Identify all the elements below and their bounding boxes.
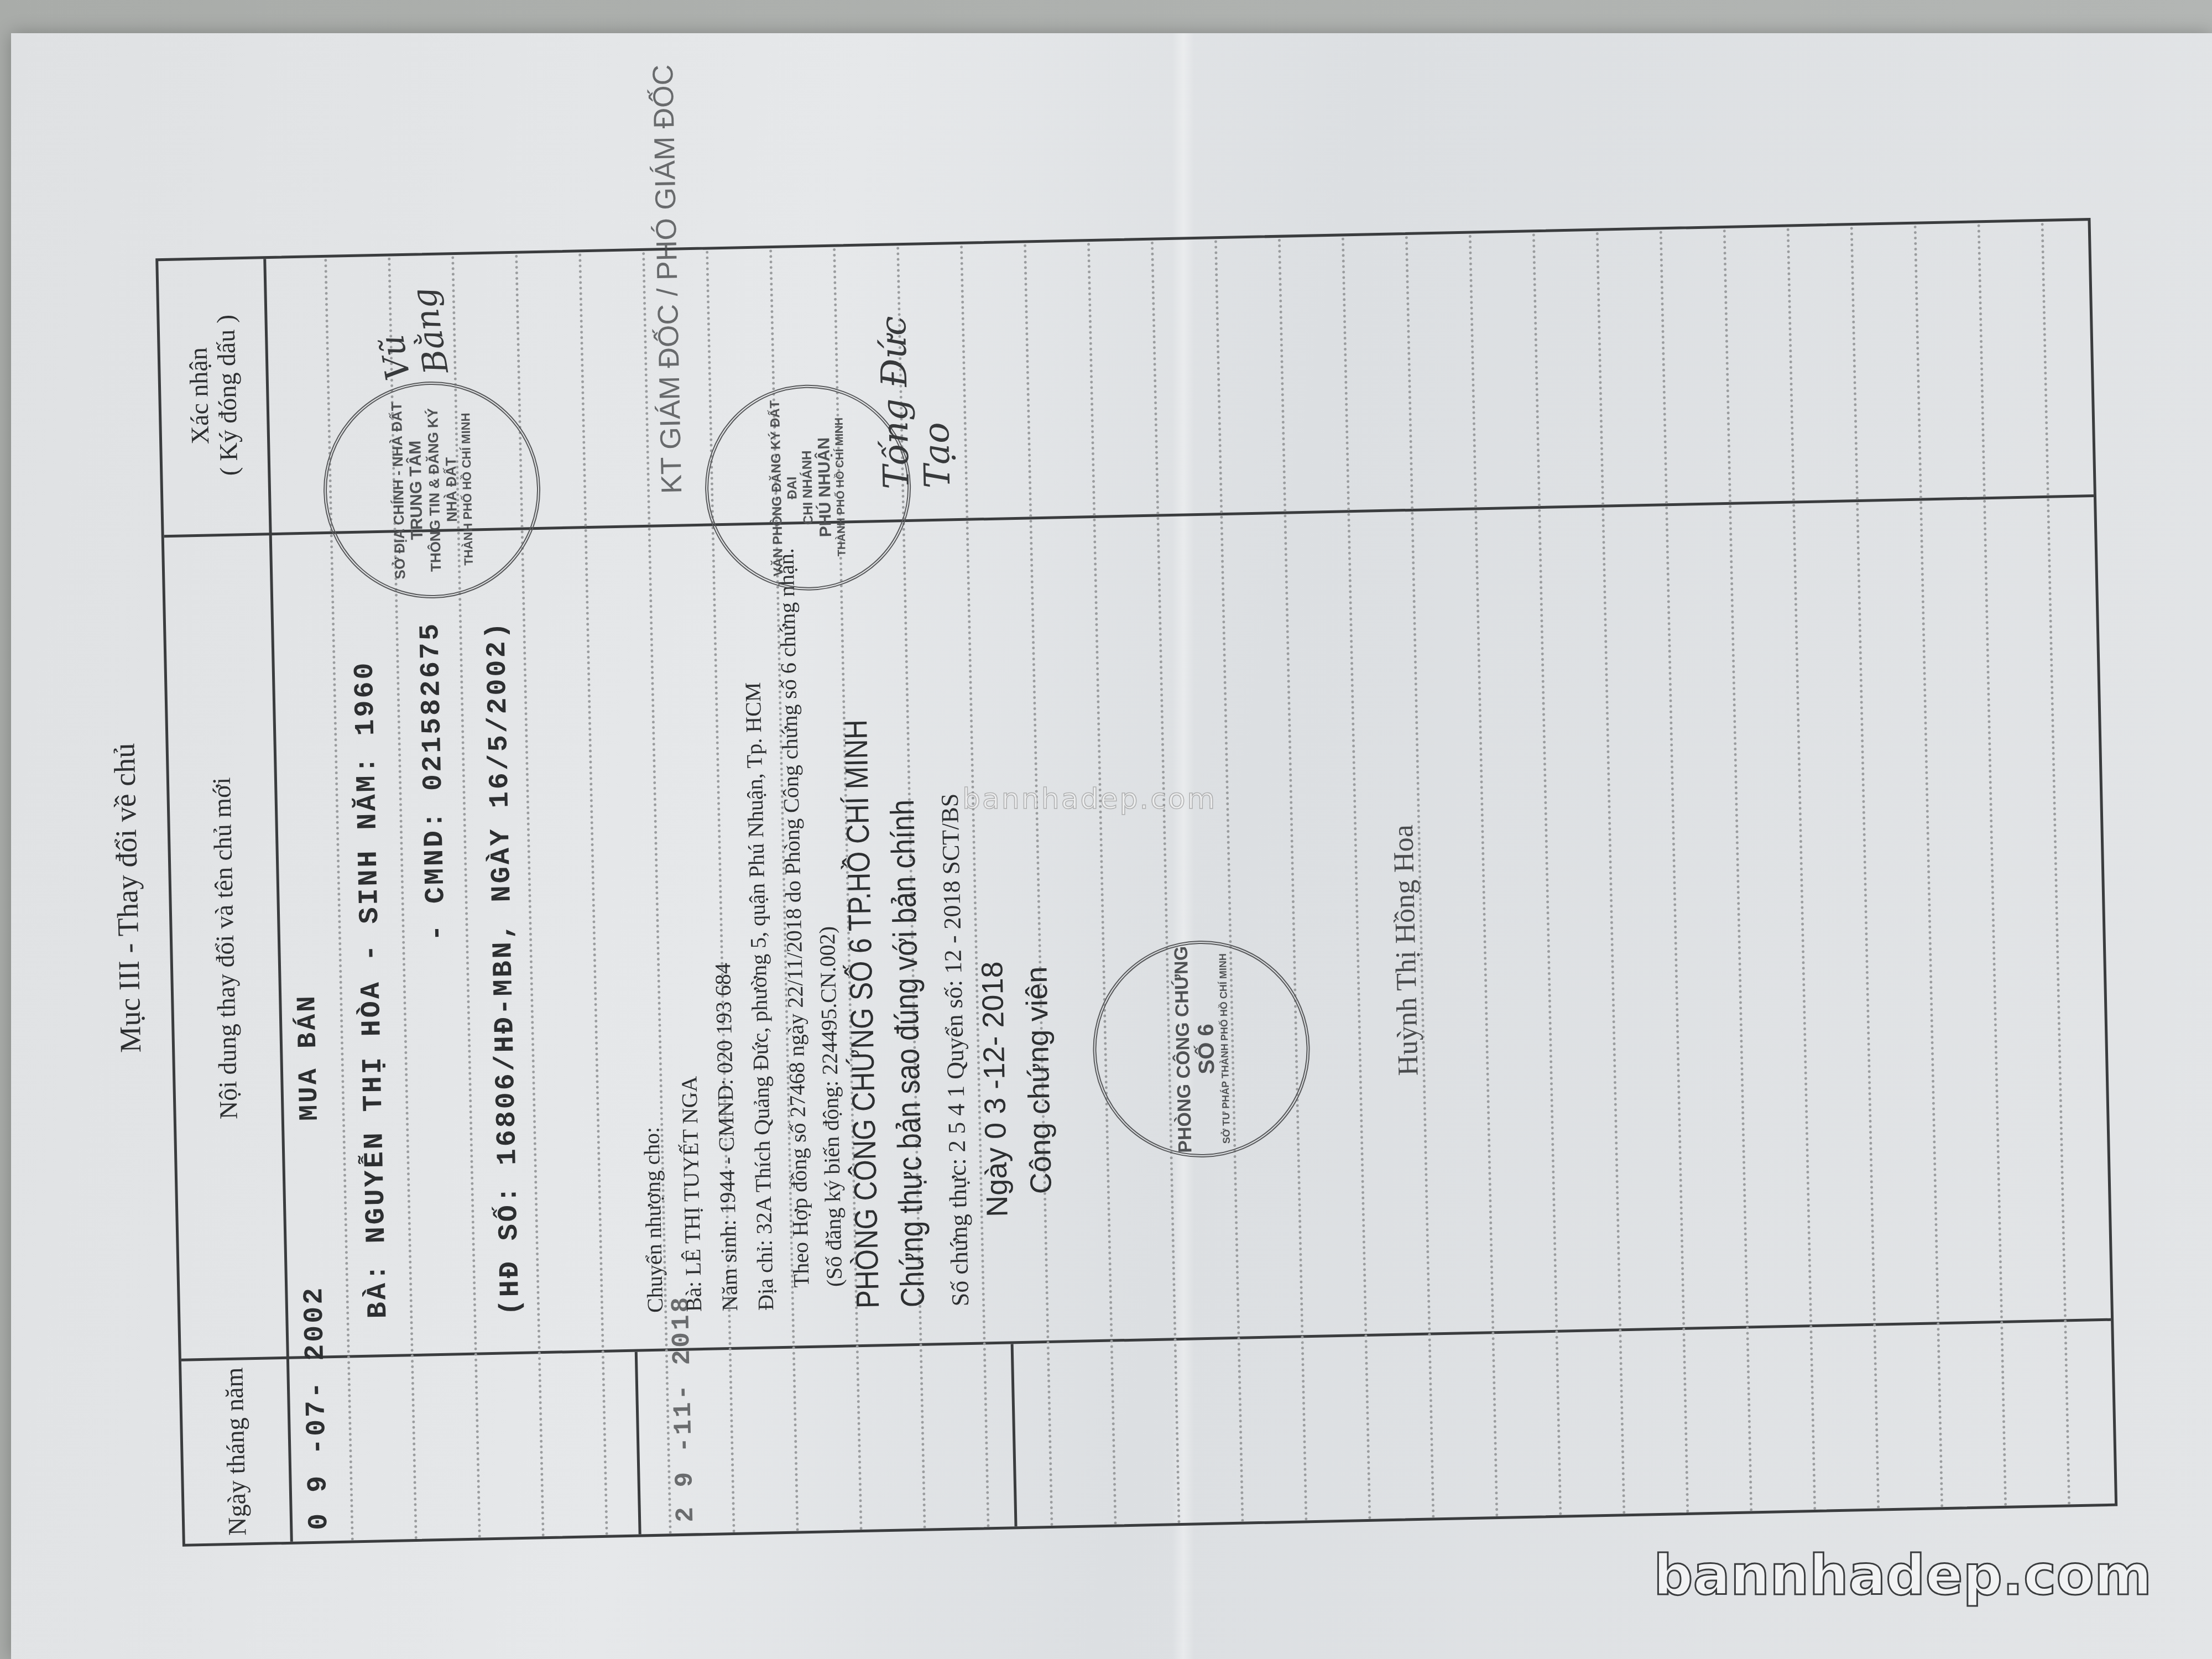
entry2-name: Bà: LÊ THỊ TUYẾT NGA <box>676 1076 707 1312</box>
dotted-line <box>1723 228 1753 1511</box>
dotted-line <box>1660 229 1689 1512</box>
land-registry-stamp: SỞ ĐỊA CHÍNH - NHÀ ĐẤT TRUNG TÂM THÔNG T… <box>321 379 542 601</box>
header-confirmation: Xác nhận ( Ký đóng dấu ) <box>158 253 269 538</box>
entry1-owner: BÀ: NGUYỄN THỊ HÒA - SINH NĂM: 1960 <box>349 660 394 1319</box>
certification-date: Ngày 0 3 -12- 2018 <box>975 961 1015 1217</box>
column-divider <box>181 1318 2111 1361</box>
entry1-date: 0 9 -07- 2002 <box>299 1285 335 1530</box>
entry1-contract: (HĐ SỐ: 16806/HĐ-MBN, NGÀY 16/5/2002) <box>481 620 527 1316</box>
dotted-line <box>1342 236 1371 1519</box>
ownership-change-table: Ngày tháng năm Nội dung thay đổi và tên … <box>155 218 2117 1547</box>
entry2-date: 2 9 -11- 2018 <box>667 1295 701 1522</box>
notary-name: Huỳnh Thị Hồng Hoa <box>1387 825 1425 1076</box>
notary-label: Công chứng viên <box>1019 966 1058 1194</box>
notary-stamp: PHÒNG CÔNG CHỨNG SỐ 6 SỞ TƯ PHÁP THÀNH P… <box>1091 938 1312 1160</box>
watermark-corner: bannhadep.com <box>1653 1543 2152 1608</box>
dotted-line <box>1978 223 2007 1506</box>
certification-number: Số chứng thực: 2 5 4 1 Quyển số: 12 - 20… <box>936 793 974 1307</box>
dotted-line <box>2041 222 2071 1505</box>
dotted-line <box>1596 231 1626 1514</box>
header-date: Ngày tháng năm <box>181 1359 290 1544</box>
entry2-transfer-label: Chuyển nhượng cho: <box>638 1126 668 1313</box>
director-name: Tống Đức Tạo <box>872 244 958 489</box>
watermark-center: bannhadep.com <box>962 782 1217 816</box>
entry1-id: - CMND: 021582675 <box>415 621 453 941</box>
dotted-line <box>1469 234 1499 1517</box>
dotted-line <box>578 252 608 1535</box>
dotted-line <box>1914 225 1944 1507</box>
entry2-address: Địa chỉ: 32A Thích Quảng Đức, phường 5, … <box>739 682 779 1311</box>
certification-statement: Chứng thực bản sao đúng với bản chính <box>883 799 932 1308</box>
entry1-signature: Vũ Bằng <box>361 251 456 383</box>
dotted-line <box>1278 238 1308 1521</box>
entry1-type: MUA BÁN <box>293 994 325 1121</box>
dotted-line <box>1087 242 1117 1525</box>
entry2-contract: Theo Hợp đồng số 27468 ngày 22/11/2018 d… <box>773 548 814 1288</box>
dotted-line <box>1214 239 1244 1522</box>
dotted-line <box>1151 241 1181 1524</box>
entry2-birth-id: Năm sinh: 1944 - CMND: 020 193 684 <box>709 963 743 1312</box>
rotated-document: Mục III - Thay đổi về chủ Ngày tháng năm… <box>72 206 2134 1548</box>
dotted-line <box>1024 243 1053 1526</box>
dotted-line <box>1850 226 1880 1509</box>
dotted-line <box>1532 232 1562 1515</box>
dotted-line <box>1787 227 1817 1510</box>
header-content: Nội dung thay đổi và tên chủ mới <box>164 535 286 1361</box>
row-divider <box>1011 1344 1018 1526</box>
row-divider <box>635 1352 641 1535</box>
